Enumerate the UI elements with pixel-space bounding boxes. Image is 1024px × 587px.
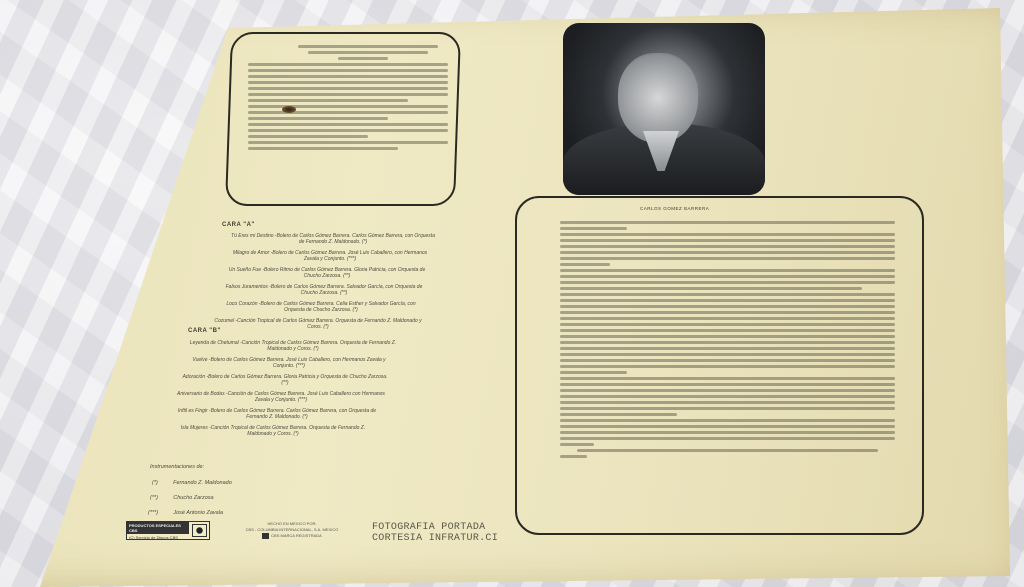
liner-notes-text [248,42,448,153]
photo-credit-line-2: CORTESIA INFRATUR.CI [372,533,498,544]
track-item: Inftil es Fingir -Bolero de Carlos Gómez… [172,408,382,420]
album-back-cover: CARA "A" Tú Eres mi Destino -Bolero de C… [0,0,1024,587]
photo-credit: FOTOGRAFIA PORTADA CORTESIA INFRATUR.CI [372,522,498,544]
burn-mark [282,106,296,113]
manufacturer-info: HECHO EN MEXICO POR: CBS - COLUMBIA INTE… [232,521,352,539]
track-item: Un Sueño Fue -Bolero Ritmo de Carlos Góm… [222,267,432,279]
trademark-text: CBS MARCA REGISTRADA [271,533,322,538]
bio-title: CARLOS GOMEZ BARRERA [640,206,709,211]
cbs-logo-icon [262,533,269,539]
side-b-header: CARA "B" [188,328,221,334]
track-item: Vuelve -Bolero de Carlos Gómez Barrera. … [184,357,394,369]
portrait-head [618,53,698,143]
photo-credit-line-1: FOTOGRAFIA PORTADA [372,522,498,533]
track-item: Milagro de Amor -Bolero de Carlos Gómez … [225,250,435,262]
track-item: Adoración -Bolero de Carlos Gómez Barrer… [180,374,390,386]
instrumentation-header: Instrumentaciones de: [150,464,204,470]
track-item: Leyenda de Chetumal -Canción Tropical de… [188,340,398,352]
track-item: Loco Corazón -Bolero de Carlos Gómez Bar… [216,301,426,313]
instrumentation-item: (**) Chucho Zarzosa [150,495,214,501]
track-item: Isla Mujeres -Canción Tropical de Carlos… [168,425,378,437]
instrumentation-item: (*) Fernando Z. Maldonado [152,480,232,486]
track-item: Aniversario de Bodas -Canción de Carlos … [176,391,386,403]
track-item: Cozumel -Canción Tropical de Carlos Góme… [213,318,423,330]
track-item: Falsos Juramentos -Bolero de Carlos Góme… [219,284,429,296]
instrumentation-item: (***) José Antonio Zavala [148,510,223,516]
biography-text [560,218,895,461]
cbs-special-products-label: PRODUCTOS ESPECIALES CBS (C) Servicio de… [126,521,210,540]
side-a-header: CARA "A" [222,222,255,228]
cbs-eye-logo-icon [192,524,207,537]
artist-portrait-photo [563,23,765,195]
label-subtitle: (C) Servicio de Discos CBS [127,534,189,541]
label-title: PRODUCTOS ESPECIALES CBS [127,522,189,534]
track-item: Tú Eres mi Destino -Bolero de Carlos Góm… [228,233,438,245]
